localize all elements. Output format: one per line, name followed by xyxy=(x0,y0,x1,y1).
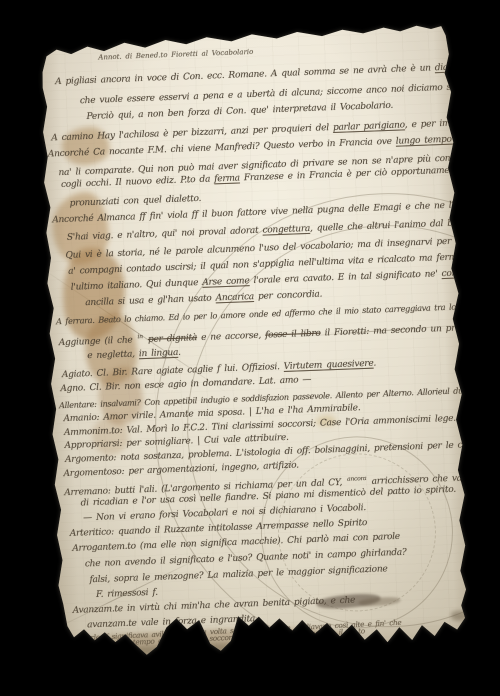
paper-shading xyxy=(38,23,473,668)
bottom-dirt xyxy=(80,641,280,662)
photograph-backdrop: Annot. di Bened.to Fioretti al Vocabolar… xyxy=(0,0,500,696)
paper-wrapper: Annot. di Bened.to Fioretti al Vocabolar… xyxy=(0,0,500,696)
manuscript-page: Annot. di Bened.to Fioretti al Vocabolar… xyxy=(38,23,473,668)
